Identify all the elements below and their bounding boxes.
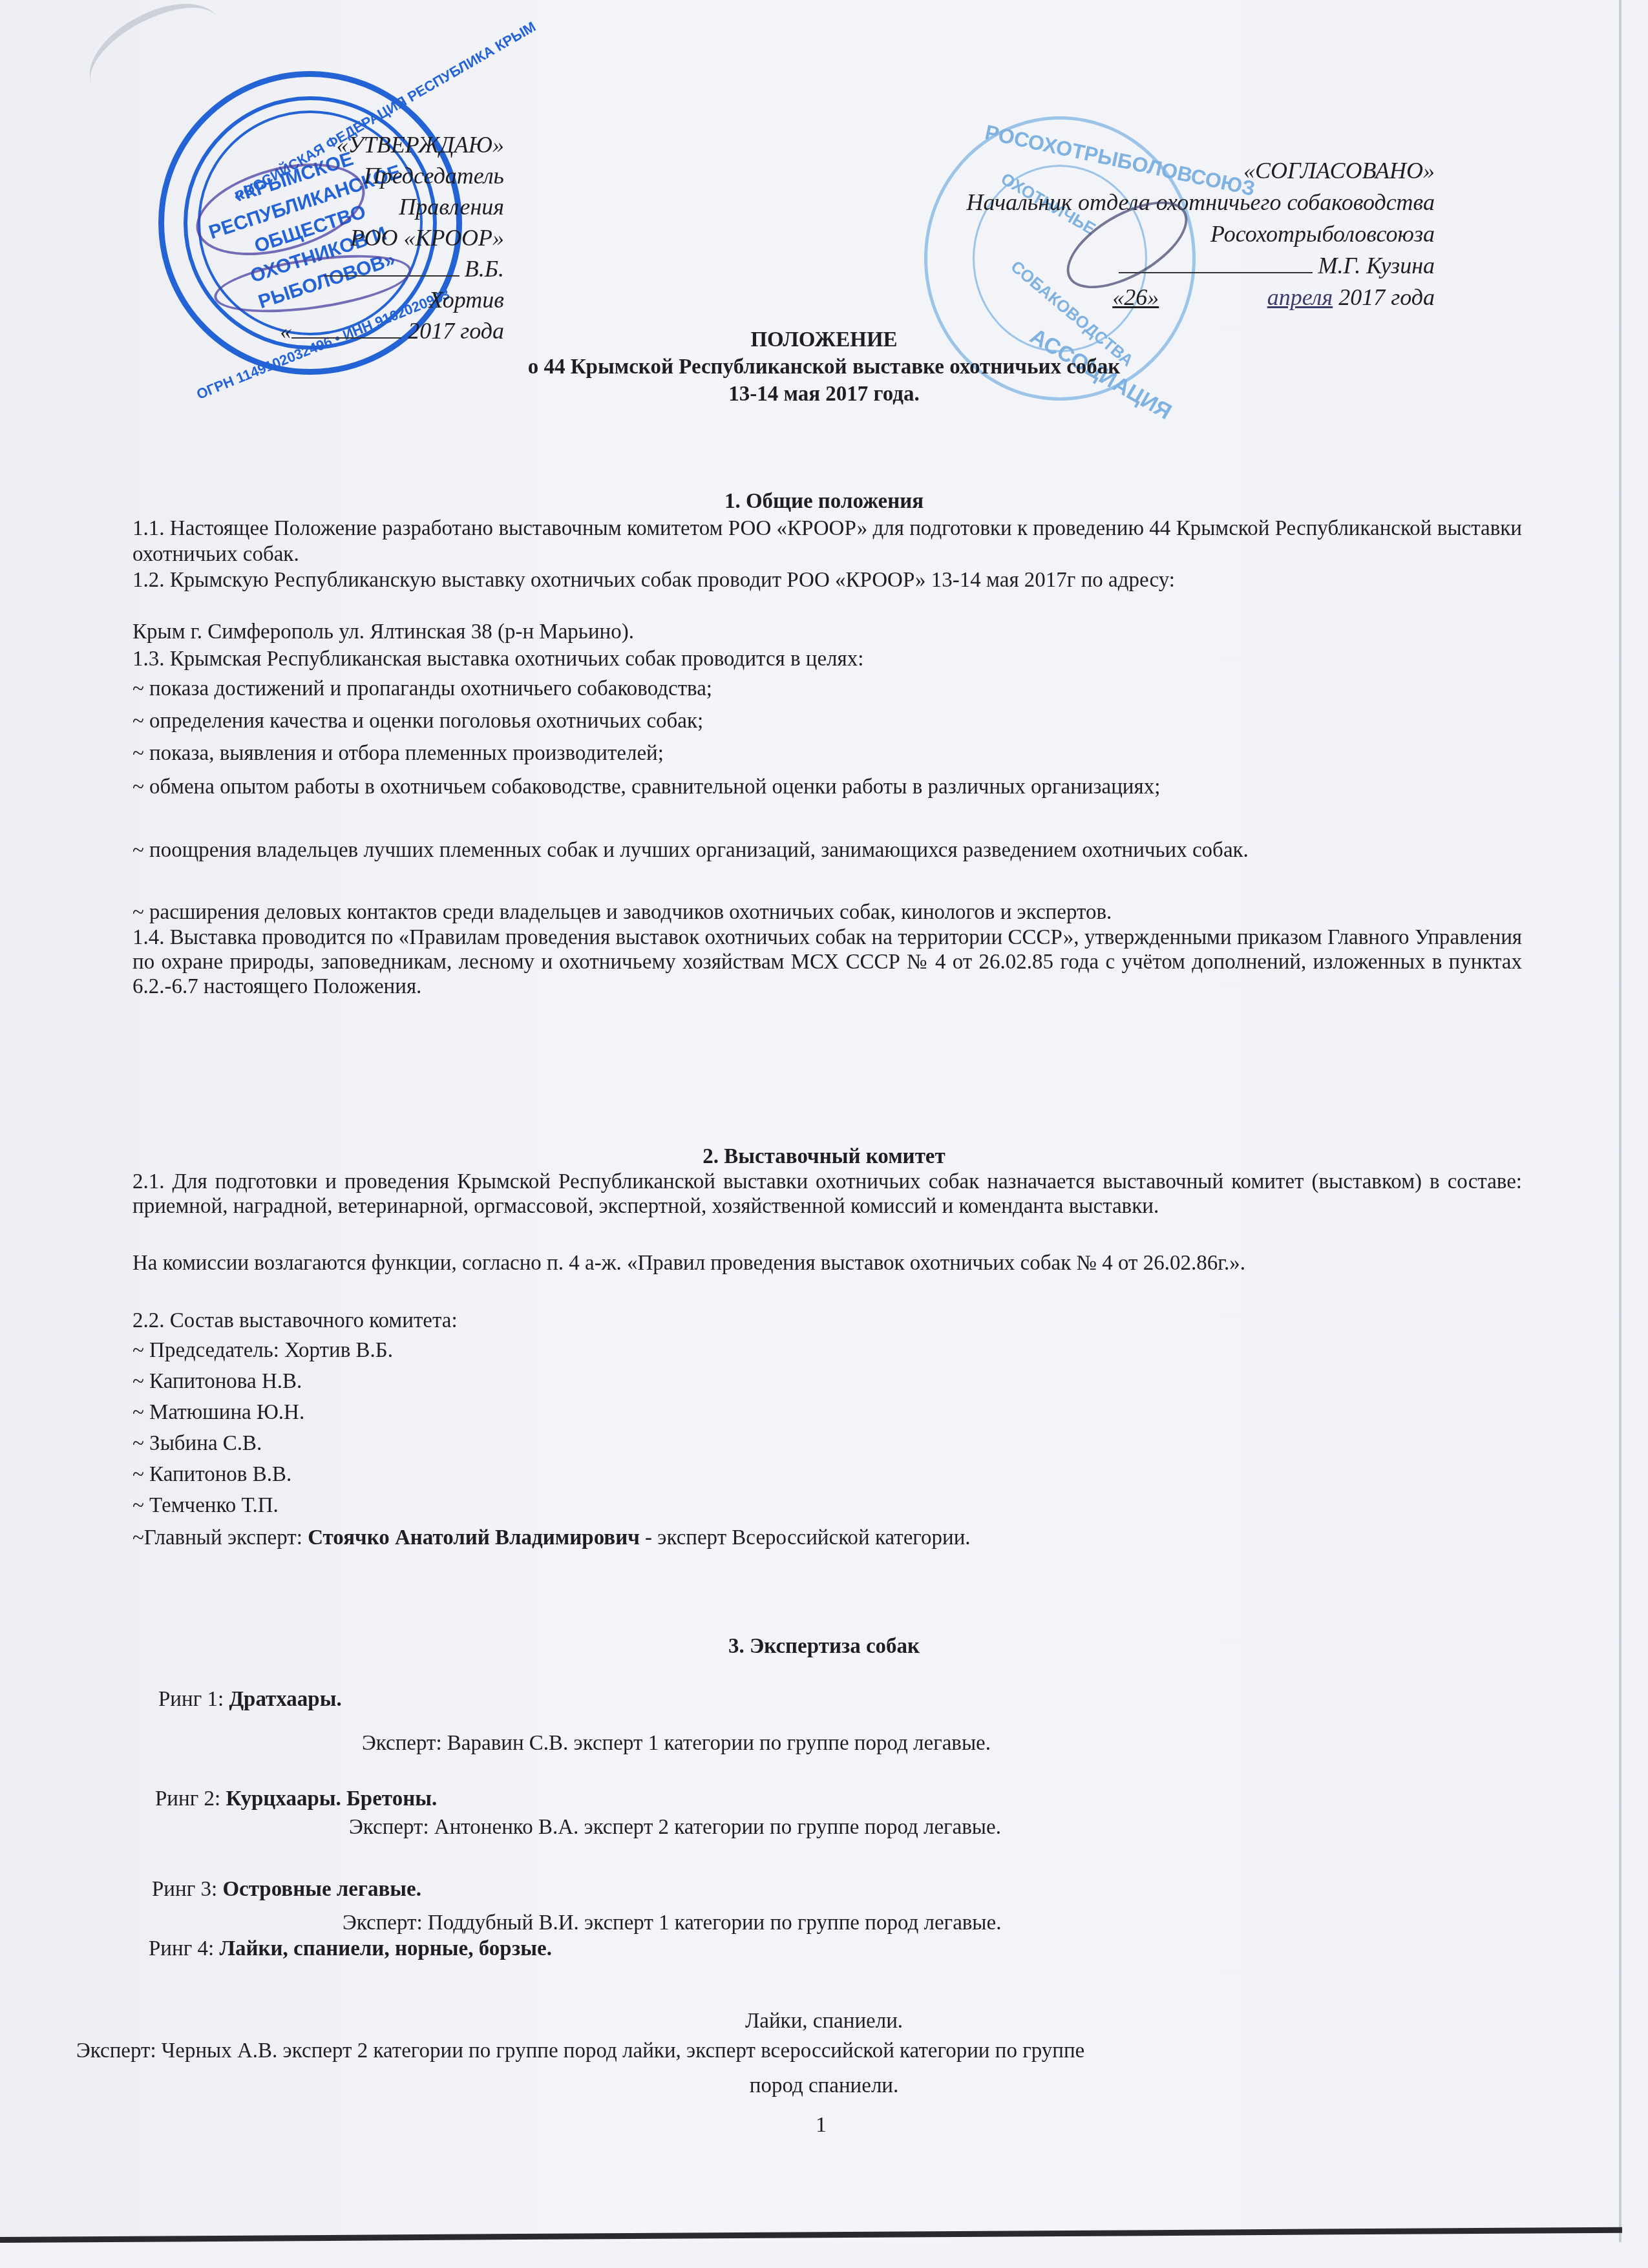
paragraph-2-1b: На комиссии возлагаются функции, согласн… xyxy=(132,1250,1490,1277)
ring-label: Ринг 3: xyxy=(152,1878,222,1901)
committee-member: ~ Капитонов В.В. xyxy=(132,1463,291,1487)
ring-breeds: Дратхаары. xyxy=(229,1688,341,1711)
title-line: о 44 Крымской Республиканской выставке о… xyxy=(0,353,1648,381)
approval-signer-name: В.Б. Хортив xyxy=(429,256,504,313)
committee-member: ~ Зыбина С.В. xyxy=(132,1432,262,1456)
committee-member: ~ Капитонова Н.В. xyxy=(132,1370,302,1394)
ring-breeds: Курцхаары. Бретоны. xyxy=(226,1787,437,1811)
ring-4-expert: Эксперт: Черных А.В. эксперт 2 категории… xyxy=(76,2039,1084,2063)
committee-member: ~ Председатель: Хортив В.Б. xyxy=(132,1339,393,1363)
document-title: ПОЛОЖЕНИЕ о 44 Крымской Республиканской … xyxy=(0,326,1648,408)
agreement-date-year: 2017 года xyxy=(1338,284,1435,310)
ring-label: Ринг 2: xyxy=(155,1787,226,1811)
title-line: ПОЛОЖЕНИЕ xyxy=(0,326,1648,353)
ring-label: Ринг 4: xyxy=(149,1937,219,1960)
page-number: 1 xyxy=(816,2113,827,2137)
ring-2: Ринг 2: Курцхаары. Бретоны. xyxy=(155,1787,437,1811)
agreement-date: «26» апреля 2017 года xyxy=(840,282,1435,313)
ring-label: Ринг 1: xyxy=(158,1688,229,1711)
agreement-date-day: «26» xyxy=(1112,284,1159,310)
section-1-heading: 1. Общие положения xyxy=(0,490,1648,514)
goal-item: ~ определения качества и оценки поголовь… xyxy=(132,709,703,733)
paragraph-1-3: 1.3. Крымская Республиканская выставка о… xyxy=(132,647,863,671)
ring-4-expert-cont: пород спаниели. xyxy=(0,2074,1648,2098)
agreement-signer-name: М.Г. Кузина xyxy=(1318,253,1435,278)
committee-member: ~ Матюшина Ю.Н. xyxy=(132,1401,304,1425)
goal-item: ~ показа достижений и пропаганды охотнич… xyxy=(132,677,712,701)
approval-label: «УТВЕРЖДАЮ» xyxy=(271,129,504,160)
paragraph-1-2: 1.2. Крымскую Республиканскую выставку о… xyxy=(132,567,1522,593)
ring-2-expert: Эксперт: Антоненко В.А. эксперт 2 катего… xyxy=(349,1816,1001,1840)
chief-expert-label: ~Главный эксперт: xyxy=(132,1526,308,1549)
paragraph-1-4: 1.4. Выставка проводится по «Правилам пр… xyxy=(132,925,1522,999)
goal-item: ~ поощрения владельцев лучших племенных … xyxy=(132,836,1360,865)
goal-item: ~ обмена опытом работы в охотничьем соба… xyxy=(132,773,1360,801)
ring-4-subgroup: Лайки, спаниели. xyxy=(0,2010,1648,2033)
section-2-heading: 2. Выставочный комитет xyxy=(0,1145,1648,1169)
paragraph-2-1: 2.1. Для подготовки и проведения Крымско… xyxy=(132,1170,1522,1219)
address: Крым г. Симферополь ул. Ялтинская 38 (р-… xyxy=(132,620,634,644)
ring-3-expert: Эксперт: Поддубный В.И. эксперт 1 катего… xyxy=(343,1911,1001,1935)
chief-expert-category: - эксперт Всероссийской категории. xyxy=(640,1526,971,1549)
ring-1-expert: Эксперт: Варавин С.В. эксперт 1 категори… xyxy=(362,1732,991,1756)
goal-item: ~ показа, выявления и отбора племенных п… xyxy=(132,742,664,766)
committee-member: ~ Темченко Т.П. xyxy=(132,1494,279,1518)
title-line: 13-14 мая 2017 года. xyxy=(0,381,1648,408)
ring-3: Ринг 3: Островные легавые. xyxy=(152,1878,421,1902)
ring-breeds: Островные легавые. xyxy=(222,1878,421,1901)
section-3-heading: 3. Экспертиза собак xyxy=(0,1635,1648,1659)
paragraph-2-2: 2.2. Состав выставочного комитета: xyxy=(132,1309,458,1333)
ring-breeds: Лайки, спаниели, норные, борзые. xyxy=(219,1937,552,1960)
chief-expert-name: Стоячко Анатолий Владимирович xyxy=(308,1526,640,1549)
ring-1: Ринг 1: Дратхаары. xyxy=(158,1688,342,1712)
agreement-label: «СОГЛАСОВАНО» xyxy=(840,155,1435,187)
ring-4: Ринг 4: Лайки, спаниели, норные, борзые. xyxy=(149,1937,552,1961)
chief-expert: ~Главный эксперт: Стоячко Анатолий Влади… xyxy=(132,1526,971,1550)
agreement-date-month: апреля xyxy=(1165,282,1333,313)
goal-item: ~ расширения деловых контактов среди вла… xyxy=(132,901,1112,925)
paragraph-1-1: 1.1. Настоящее Положение разработано выс… xyxy=(132,516,1522,567)
